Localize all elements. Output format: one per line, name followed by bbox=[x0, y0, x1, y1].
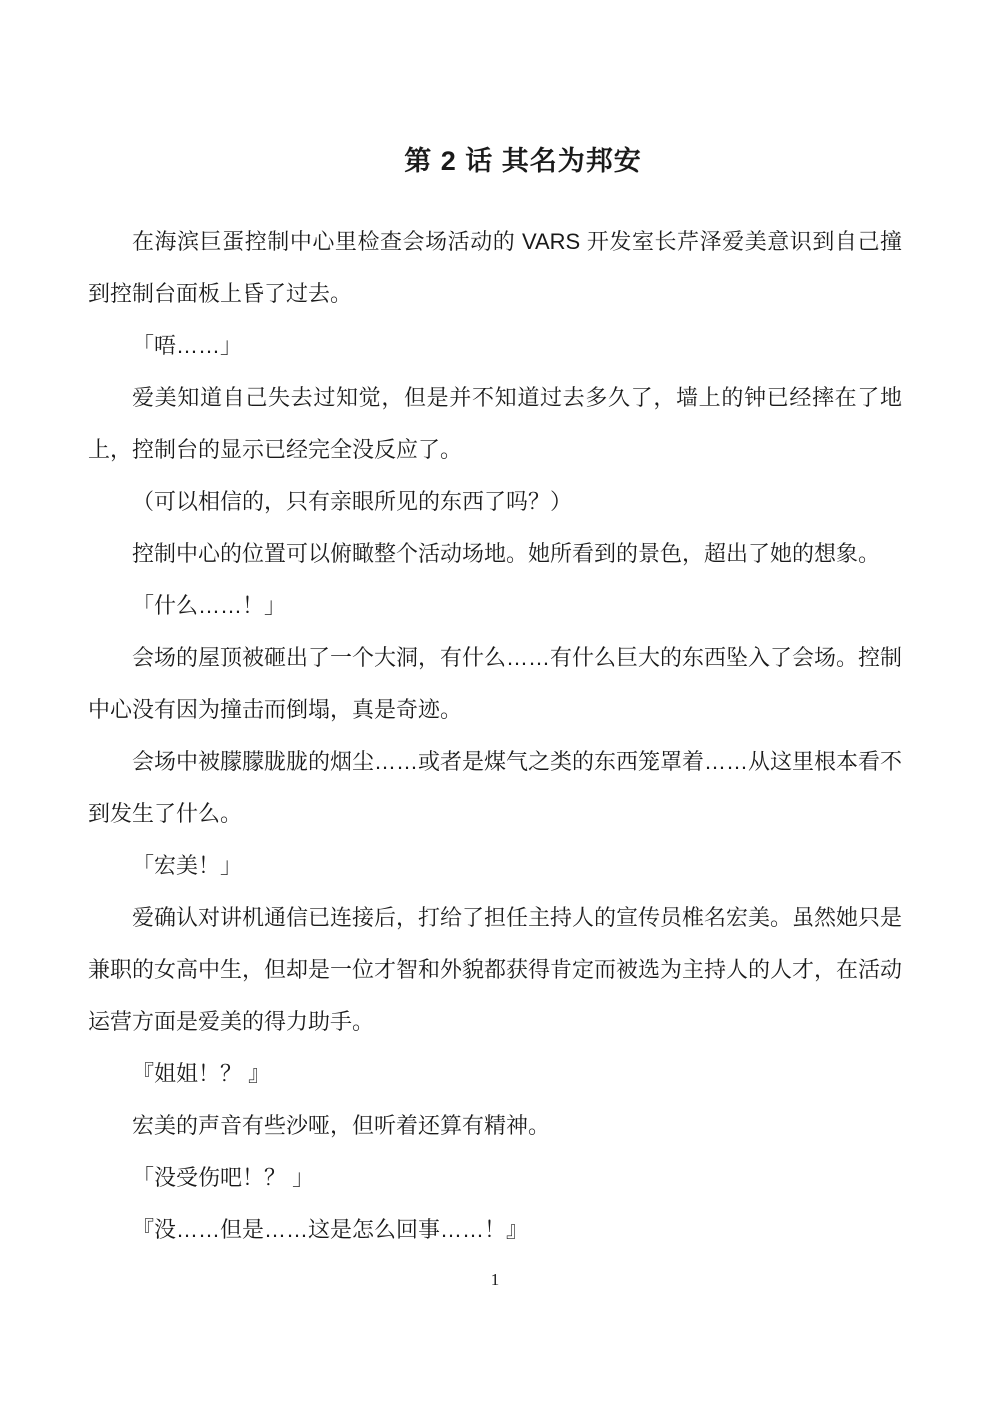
document-page: 第 2 话 其名为邦安 在海滨巨蛋控制中心里检查会场活动的 VARS 开发室长芹… bbox=[0, 0, 992, 1402]
paragraph: 会场中被朦朦胧胧的烟尘……或者是煤气之类的东西笼罩着……从这里根本看不到发生了什… bbox=[88, 736, 902, 840]
paragraph: 『没……但是……这是怎么回事……！』 bbox=[88, 1204, 902, 1256]
chapter-body: 在海滨巨蛋控制中心里检查会场活动的 VARS 开发室长芹泽爱美意识到自己撞到控制… bbox=[88, 216, 902, 1256]
paragraph: （可以相信的，只有亲眼所见的东西了吗？） bbox=[88, 476, 902, 528]
paragraph: 爱确认对讲机通信已连接后，打给了担任主持人的宣传员椎名宏美。虽然她只是兼职的女高… bbox=[88, 892, 902, 1048]
paragraph: 爱美知道自己失去过知觉，但是并不知道过去多久了，墙上的钟已经摔在了地上，控制台的… bbox=[88, 372, 902, 476]
paragraph: 「唔……」 bbox=[88, 320, 902, 372]
paragraph: 「什么……！」 bbox=[88, 580, 902, 632]
paragraph: 「宏美！」 bbox=[88, 840, 902, 892]
page-number: 1 bbox=[88, 1268, 902, 1292]
paragraph: 会场的屋顶被砸出了一个大洞，有什么……有什么巨大的东西坠入了会场。控制中心没有因… bbox=[88, 632, 902, 736]
paragraph: 宏美的声音有些沙哑，但听着还算有精神。 bbox=[88, 1100, 902, 1152]
paragraph: 控制中心的位置可以俯瞰整个活动场地。她所看到的景色，超出了她的想象。 bbox=[88, 528, 902, 580]
paragraph: 『姐姐！？ 』 bbox=[88, 1048, 902, 1100]
paragraph: 「没受伤吧！？ 」 bbox=[88, 1152, 902, 1204]
chapter-title: 第 2 话 其名为邦安 bbox=[88, 138, 902, 184]
paragraph: 在海滨巨蛋控制中心里检查会场活动的 VARS 开发室长芹泽爱美意识到自己撞到控制… bbox=[88, 216, 902, 320]
